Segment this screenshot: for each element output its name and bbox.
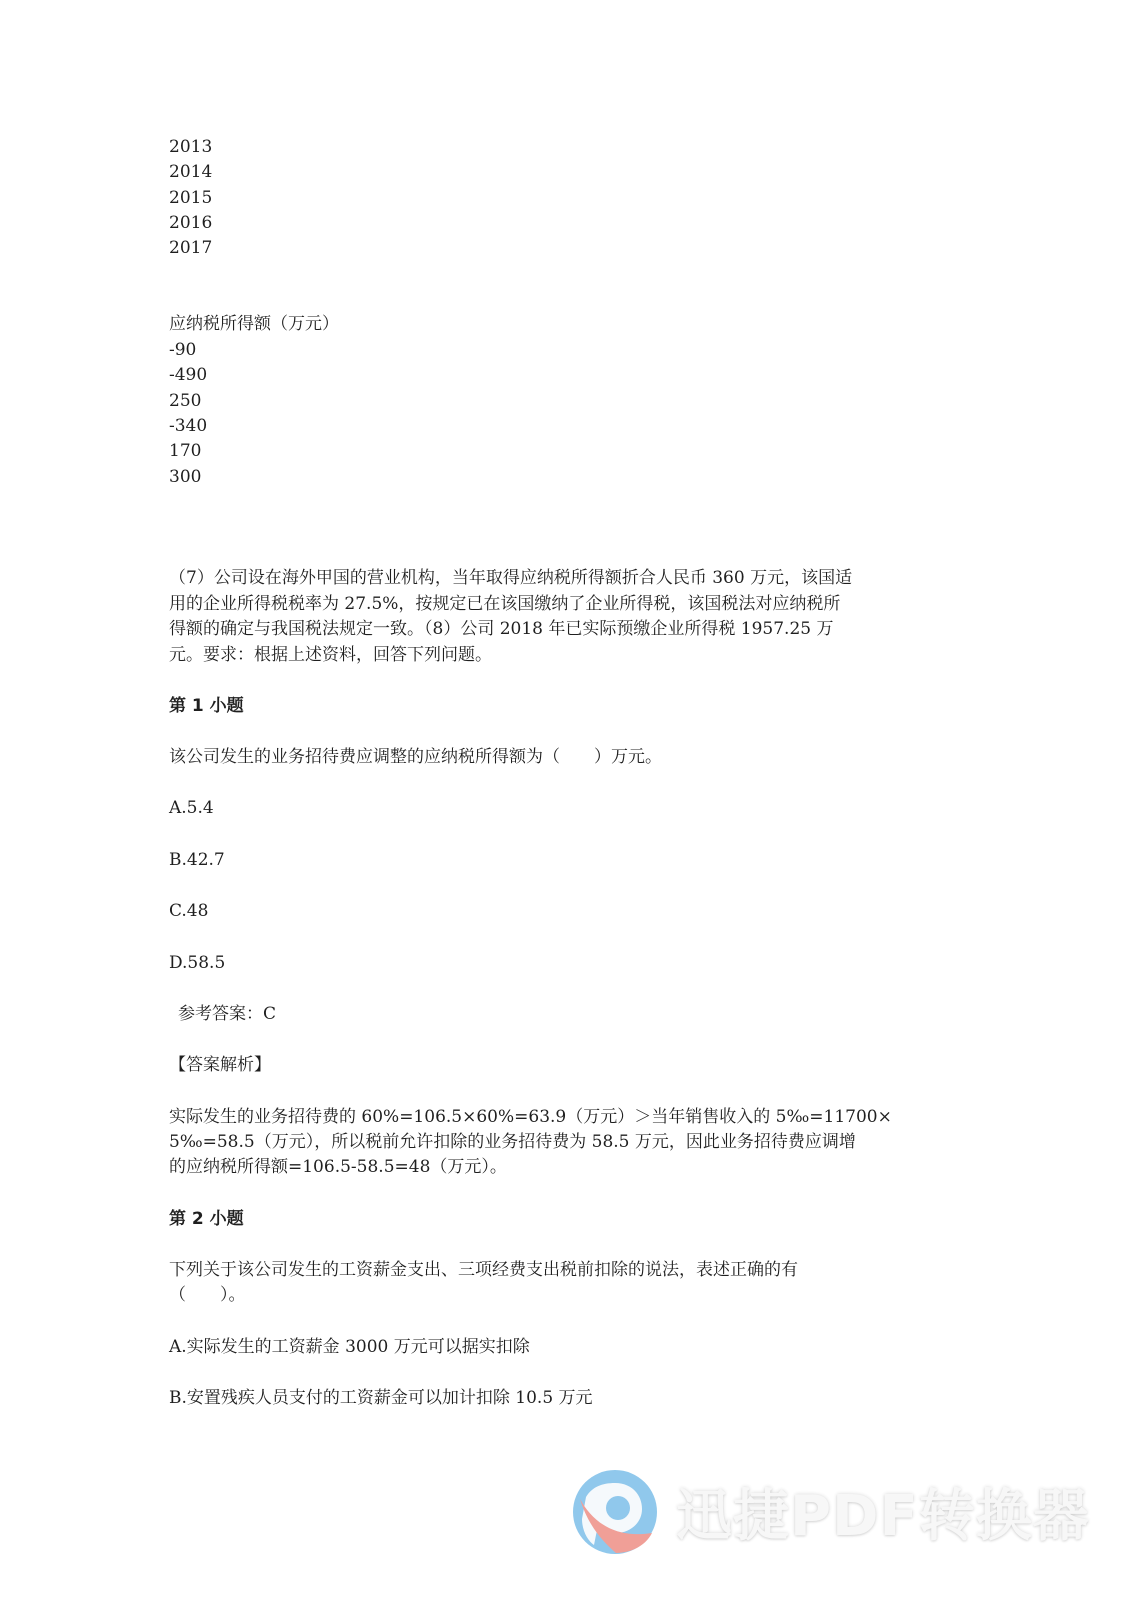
year-item: 2015 [169, 186, 212, 211]
question-2-stem: （ ）。 [169, 1283, 246, 1308]
question-1-heading: 第 1 小题 [169, 694, 244, 719]
table-column-header: 应纳税所得额（万元） [169, 312, 339, 337]
option-a: A.5.4 [169, 796, 214, 821]
year-item: 2016 [169, 211, 212, 236]
analysis-line: 实际发生的业务招待费的 60%=106.5×60%=63.9（万元）＞当年销售收… [169, 1105, 892, 1130]
option-b: B.安置残疾人员支付的工资薪金可以加计扣除 10.5 万元 [169, 1386, 593, 1411]
table-value: 250 [169, 389, 201, 414]
xunjie-pdf-logo-icon [572, 1469, 658, 1555]
analysis-heading: 【答案解析】 [169, 1053, 271, 1078]
year-item: 2014 [169, 160, 212, 185]
option-c: C.48 [169, 899, 208, 924]
watermark-text: 迅捷PDF转换器 [676, 1472, 1090, 1552]
paragraph-line: 元。要求：根据上述资料，回答下列问题。 [169, 643, 492, 668]
table-value: -90 [169, 338, 196, 363]
year-item: 2017 [169, 236, 212, 261]
table-value: 300 [169, 465, 201, 490]
analysis-line: 5‰=58.5（万元），所以税前允许扣除的业务招待费为 58.5 万元，因此业务… [169, 1130, 856, 1155]
option-b: B.42.7 [169, 848, 225, 873]
table-value: -340 [169, 414, 207, 439]
question-2-heading: 第 2 小题 [169, 1207, 244, 1232]
reference-answer: 参考答案：C [178, 1002, 276, 1027]
question-2-stem: 下列关于该公司发生的工资薪金支出、三项经费支出税前扣除的说法，表述正确的有 [169, 1258, 798, 1283]
question-1-stem: 该公司发生的业务招待费应调整的应纳税所得额为（ ）万元。 [169, 745, 662, 770]
table-value: -490 [169, 363, 207, 388]
year-item: 2013 [169, 135, 212, 160]
option-a: A.实际发生的工资薪金 3000 万元可以据实扣除 [169, 1335, 530, 1360]
table-value: 170 [169, 439, 201, 464]
paragraph-line: 得额的确定与我国税法规定一致。（8）公司 2018 年已实际预缴企业所得税 19… [169, 617, 834, 642]
paragraph-line: 用的企业所得税税率为 27.5%，按规定已在该国缴纳了企业所得税，该国税法对应纳… [169, 592, 840, 617]
analysis-line: 的应纳税所得额=106.5-58.5=48（万元）。 [169, 1155, 507, 1180]
option-d: D.58.5 [169, 951, 225, 976]
document-page: 2013 2014 2015 2016 2017 应纳税所得额（万元） -90 … [0, 0, 1131, 1600]
paragraph-line: （7）公司设在海外甲国的营业机构，当年取得应纳税所得额折合人民币 360 万元，… [169, 566, 852, 591]
watermark: 迅捷PDF转换器 [572, 1462, 1090, 1562]
